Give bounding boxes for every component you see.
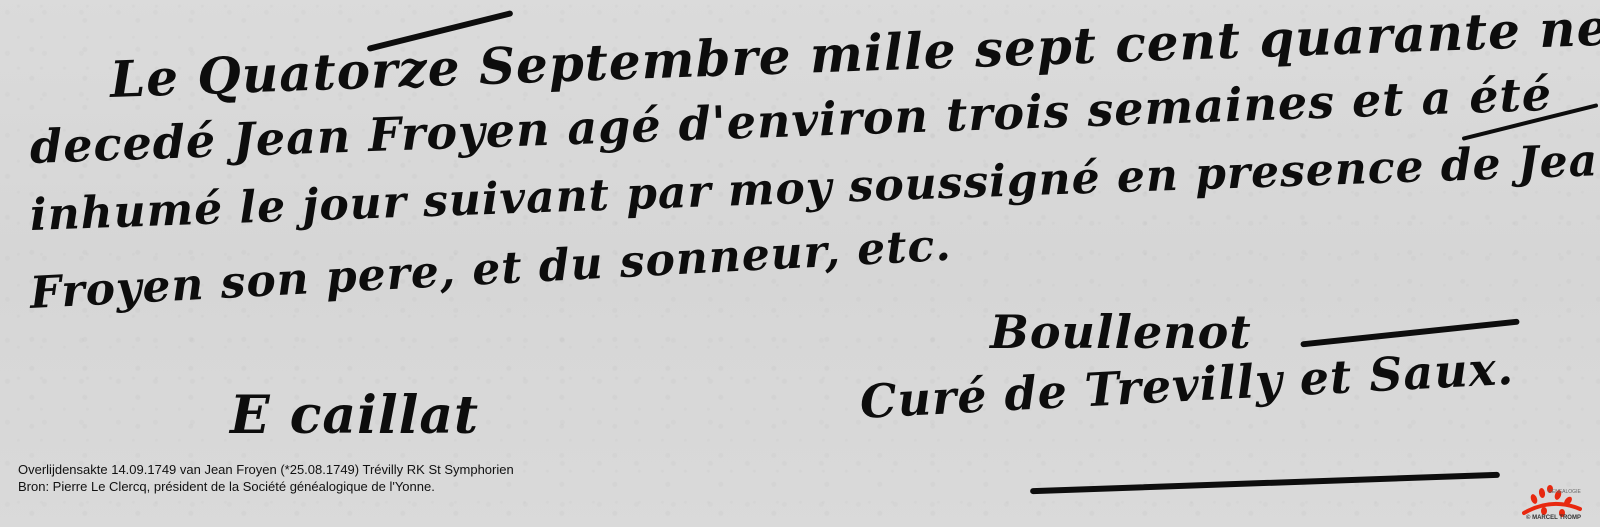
witness-signature: E caillat [230, 385, 479, 446]
image-caption: Overlijdensakte 14.09.1749 van Jean Froy… [18, 461, 514, 495]
watermark-label: © MARCEL TROMP [1526, 515, 1581, 521]
caption-line-1: Overlijdensakte 14.09.1749 van Jean Froy… [18, 461, 514, 478]
watermark-logo: GENEALOGIE © MARCEL TROMP [1512, 483, 1592, 523]
watermark-label-top: GENEALOGIE [1548, 489, 1581, 495]
priest-signature: Boullenot [990, 305, 1252, 359]
caption-line-2: Bron: Pierre Le Clercq, président de la … [18, 478, 514, 495]
